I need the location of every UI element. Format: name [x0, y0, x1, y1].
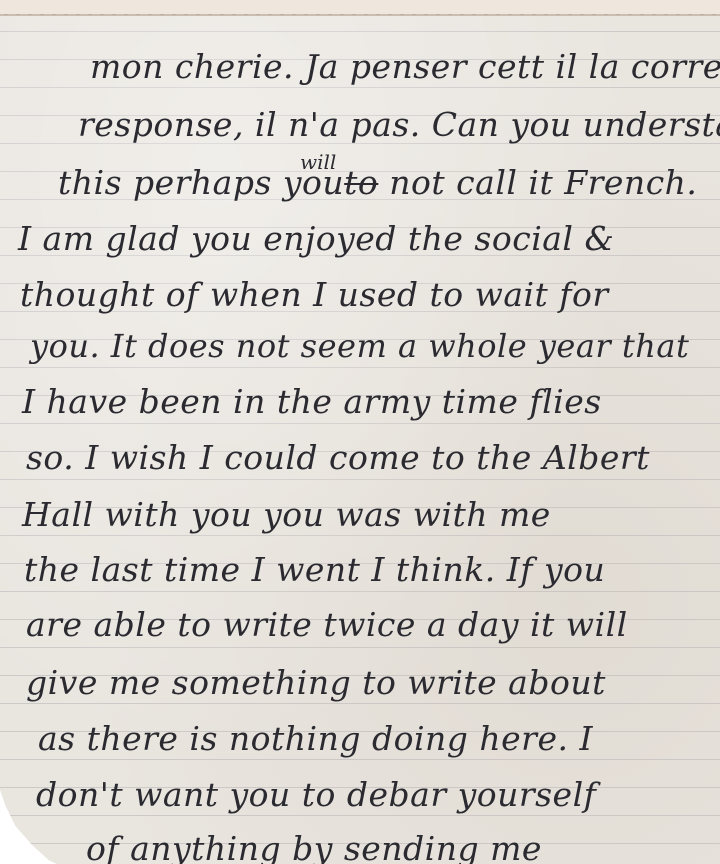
letter-line-12: give me something to write about [26, 666, 606, 699]
letter-line-7: I have been in the army time flies [22, 385, 602, 418]
letter-line-10: the last time I went I think. If you [24, 553, 605, 586]
letter-line-3: this perhaps youto not call it French. [58, 166, 697, 199]
letter-line-13: as there is nothing doing here. I [38, 722, 593, 755]
letter-line-14: don't want you to debar yourself [36, 778, 596, 811]
letter-line-4: I am glad you enjoyed the social & [18, 222, 614, 255]
letter-line-6: you. It does not seem a whole year that [30, 330, 689, 362]
letter-line-5: thought of when I used to wait for [20, 278, 609, 311]
struck-word: to [344, 163, 378, 202]
inserted-word: will [300, 150, 336, 174]
torn-top-edge [0, 0, 720, 16]
letter-page: mon cherie. Ja penser cett il la correct… [0, 0, 720, 864]
letter-line-9: Hall with you you was with me [22, 498, 551, 531]
letter-line-3-after: not call it French. [378, 163, 697, 202]
letter-line-11: are able to write twice a day it will [26, 608, 628, 641]
letter-line-2: response, il n'a pas. Can you understand [78, 108, 720, 141]
letter-line-8: so. I wish I could come to the Albert [26, 441, 650, 474]
letter-line-15: of anything by sending me [86, 832, 542, 864]
letter-line-1: mon cherie. Ja penser cett il la correct [90, 50, 720, 83]
